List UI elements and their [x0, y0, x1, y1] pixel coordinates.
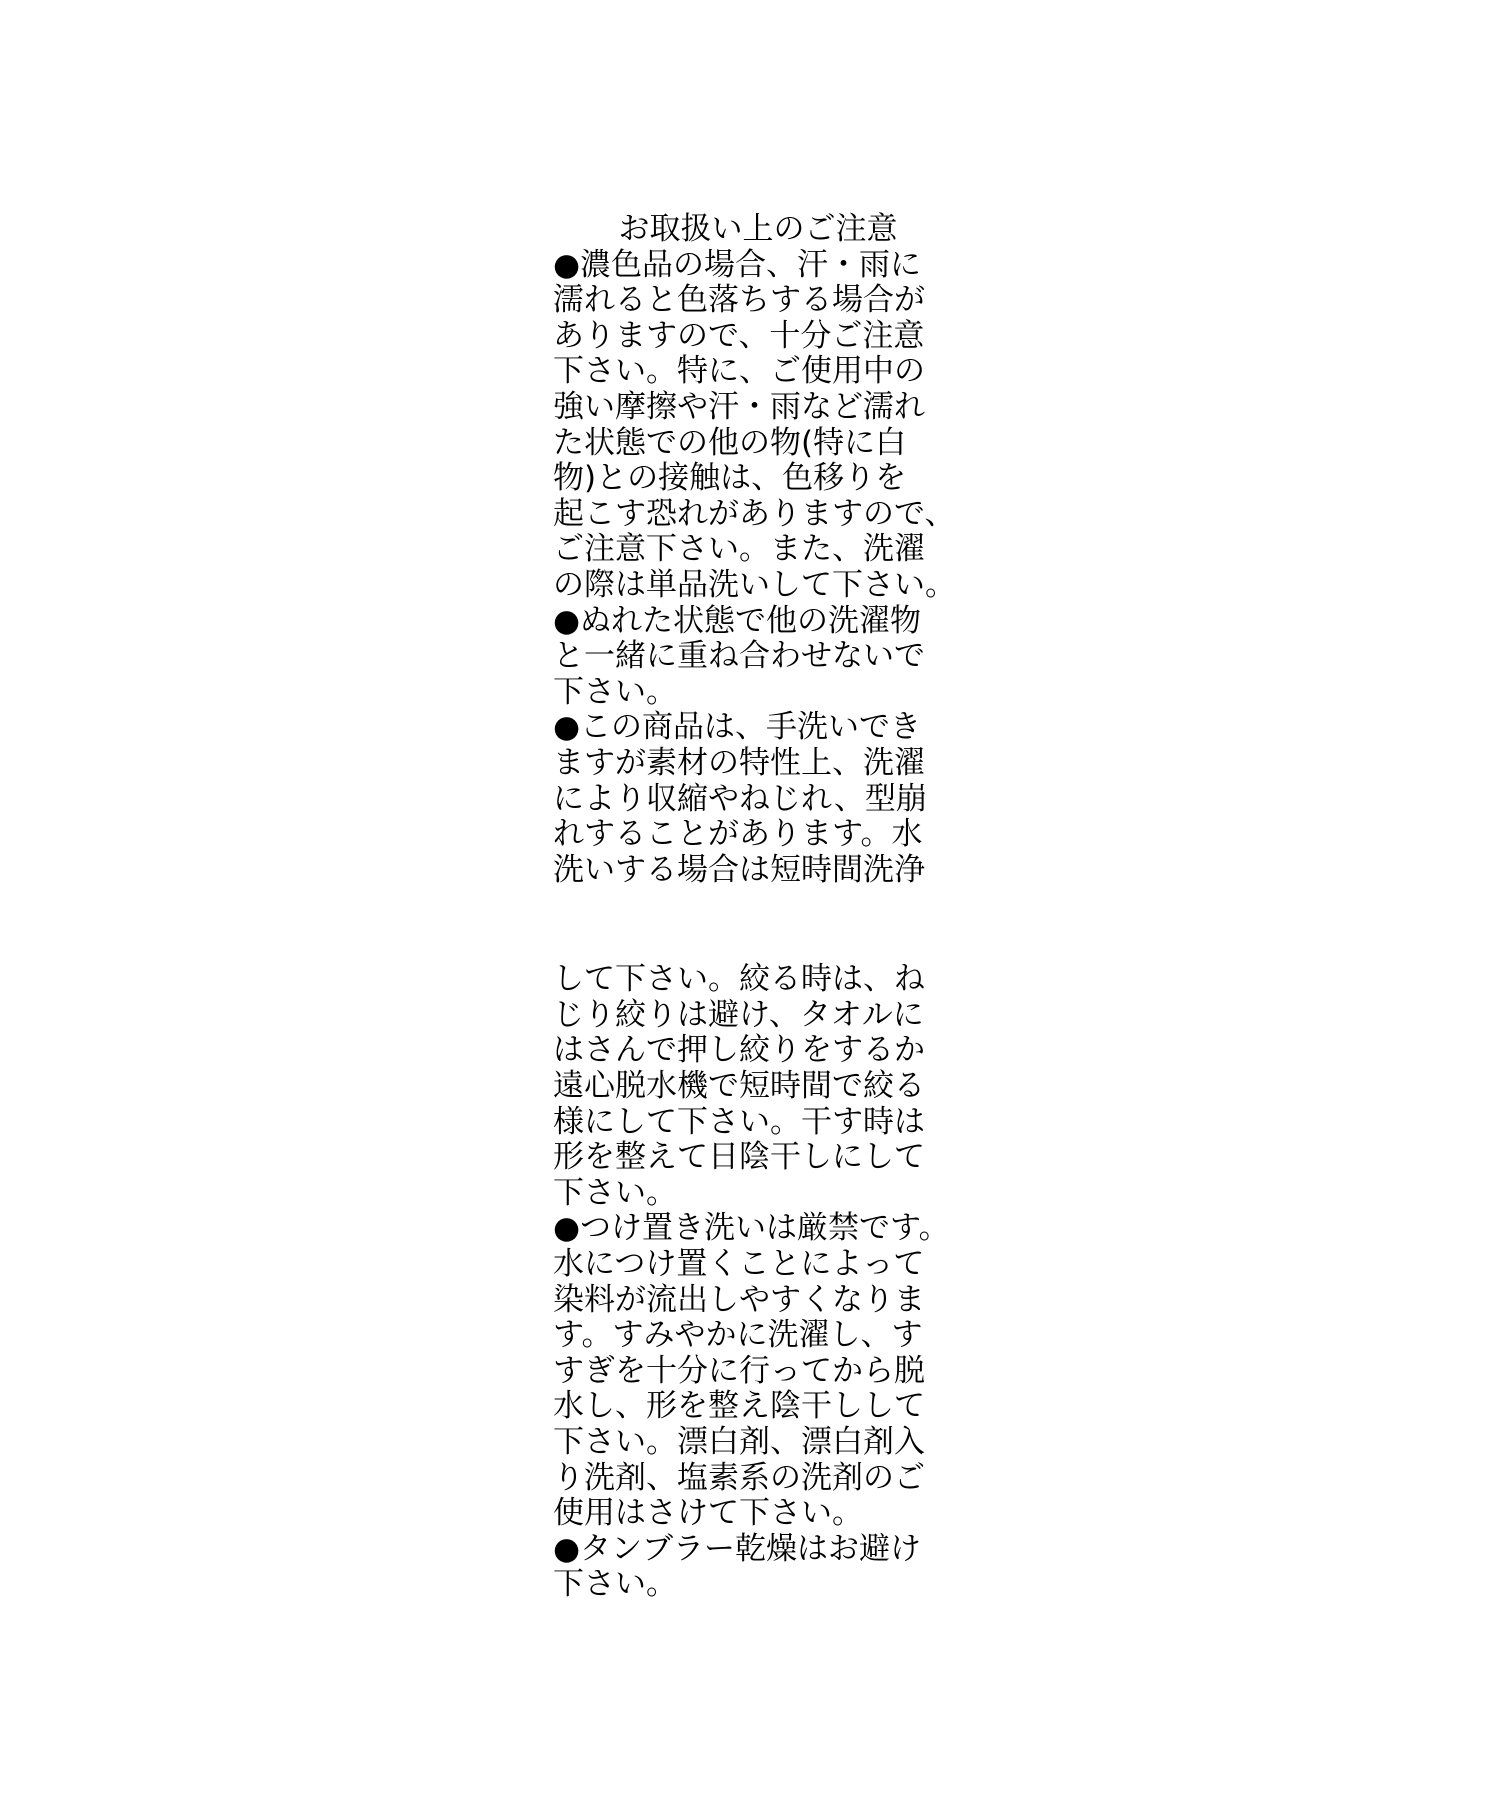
care-line: 遠心脱水機で短時間で絞る	[553, 1069, 963, 1105]
care-line: 使用はさけて下さい。	[553, 1496, 963, 1532]
care-instructions-page: お取扱い上のご注意 ●濃色品の場合、汗・雨に濡れると色落ちする場合がありますので…	[0, 0, 1500, 1800]
care-line: 物)との接触は、色移りを	[553, 461, 963, 497]
care-line: ●ぬれた状態で他の洗濯物	[553, 604, 963, 640]
care-text-column: お取扱い上のご注意 ●濃色品の場合、汗・雨に濡れると色落ちする場合がありますので…	[553, 212, 963, 1603]
care-line: の際は単品洗いして下さい。	[553, 568, 963, 604]
care-line: して下さい。絞る時は、ね	[553, 962, 963, 998]
care-line: 形を整えて日陰干しにして	[553, 1140, 963, 1176]
care-line: ●タンブラー乾燥はお避け	[553, 1532, 963, 1568]
care-line: ●この商品は、手洗いでき	[553, 710, 963, 746]
care-line: 水につけ置くことによって	[553, 1247, 963, 1283]
care-line: す。すみやかに洗濯し、す	[553, 1318, 963, 1354]
care-line: 洗いする場合は短時間洗浄	[553, 853, 963, 889]
care-line: ご注意下さい。また、洗濯	[553, 532, 963, 568]
care-line: すぎを十分に行ってから脱	[553, 1354, 963, 1390]
care-line: 濡れると色落ちする場合が	[553, 283, 963, 319]
care-line: と一緒に重ね合わせないで	[553, 639, 963, 675]
care-line: 染料が流出しやすくなりま	[553, 1283, 963, 1319]
care-line: 下さい。漂白剤、漂白剤入	[553, 1425, 963, 1461]
care-line: ●つけ置き洗いは厳禁です。	[553, 1211, 963, 1247]
care-line: ますが素材の特性上、洗濯	[553, 746, 963, 782]
care-line: 様にして下さい。干す時は	[553, 1105, 963, 1141]
care-text-block-1: ●濃色品の場合、汗・雨に濡れると色落ちする場合がありますので、十分ご注意下さい。…	[553, 248, 963, 889]
paragraph-gap	[553, 888, 963, 962]
care-line: れすることがあります。水	[553, 817, 963, 853]
care-line: 下さい。	[553, 675, 963, 711]
care-line: 強い摩擦や汗・雨など濡れ	[553, 390, 963, 426]
care-text-block-2: して下さい。絞る時は、ねじり絞りは避け、タオルにはさんで押し絞りをするか遠心脱水…	[553, 962, 963, 1603]
care-line: ありますので、十分ご注意	[553, 319, 963, 355]
care-line: じり絞りは避け、タオルに	[553, 998, 963, 1034]
care-line: ●濃色品の場合、汗・雨に	[553, 248, 963, 284]
care-line: 下さい。	[553, 1176, 963, 1212]
care-line: た状態での他の物(特に白	[553, 426, 963, 462]
care-line: 起こす恐れがありますので、	[553, 497, 963, 533]
care-line: 水し、形を整え陰干しして	[553, 1389, 963, 1425]
care-title: お取扱い上のご注意	[553, 212, 963, 248]
care-line: はさんで押し絞りをするか	[553, 1033, 963, 1069]
care-line: 下さい。	[553, 1567, 963, 1603]
care-line: により収縮やねじれ、型崩	[553, 782, 963, 818]
care-line: り洗剤、塩素系の洗剤のご	[553, 1461, 963, 1497]
care-line: 下さい。特に、ご使用中の	[553, 354, 963, 390]
